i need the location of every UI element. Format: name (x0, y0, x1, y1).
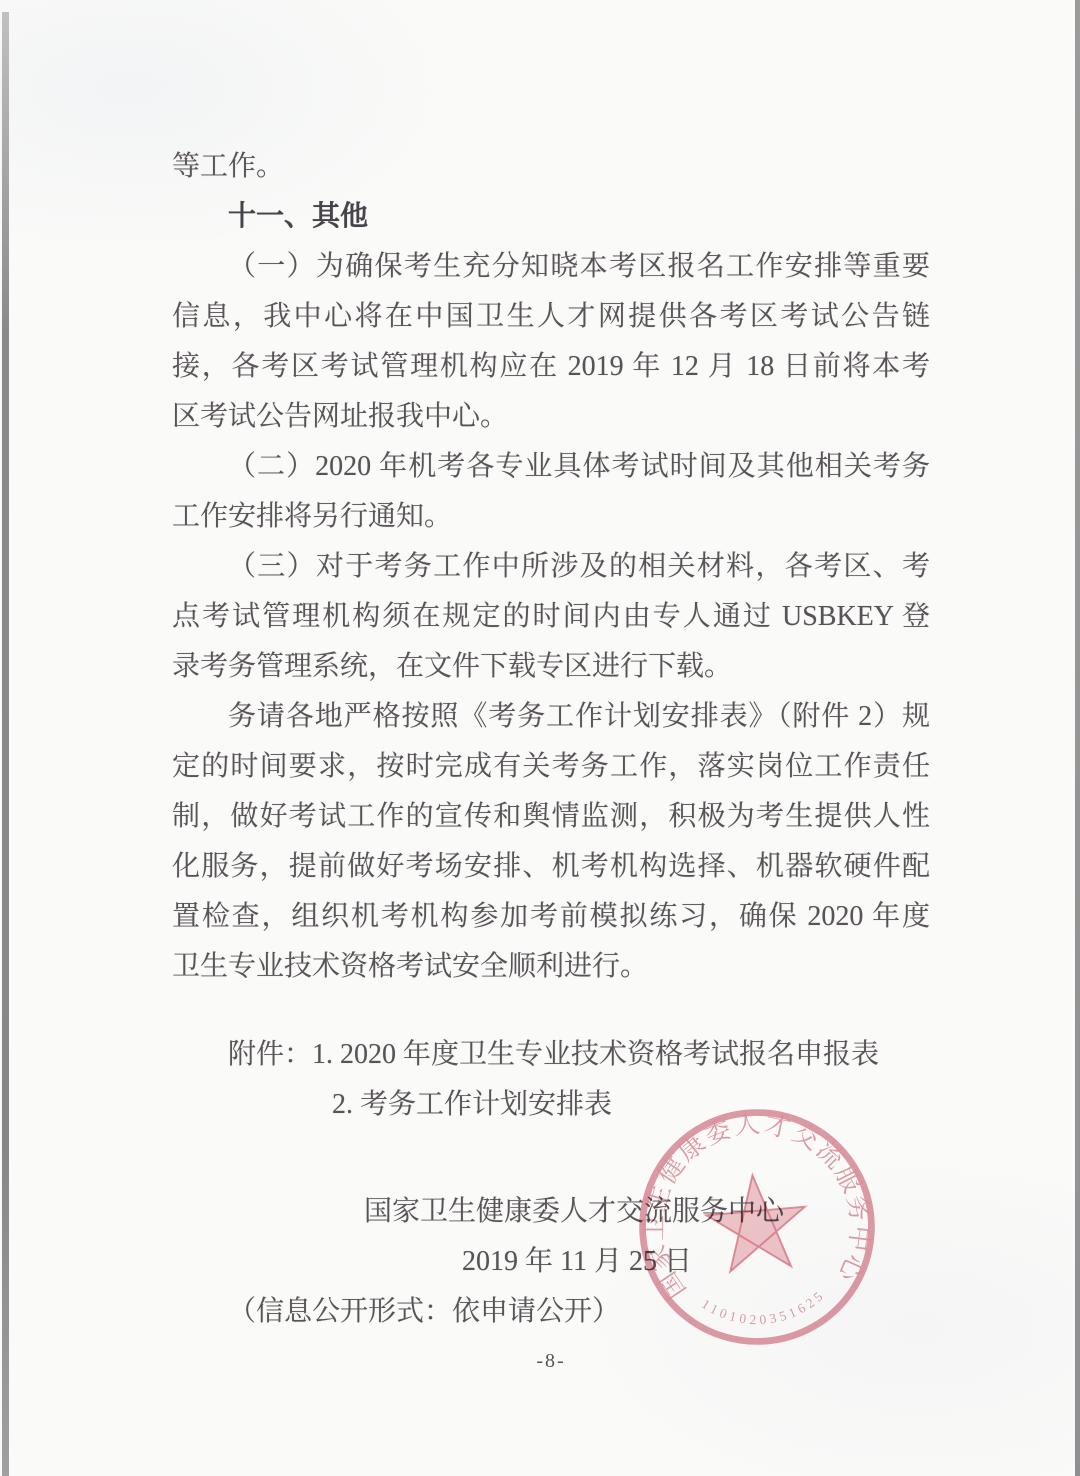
page-left-edge-shadow (2, 12, 9, 1476)
doc-line: 等工作。 (172, 142, 930, 192)
official-seal: 国家卫生健康委人才交流服务中心 1101020351625 (622, 1092, 893, 1363)
doc-line: （一）为确保考生充分知晓本考区报名工作安排等重要 (172, 242, 930, 292)
page-right-edge-shadow (1075, 0, 1080, 1476)
doc-line: 化服务，提前做好考场安排、机考机构选择、机器软硬件配 (172, 842, 930, 892)
doc-line: 录考务管理系统，在文件下载专区进行下载。 (172, 642, 930, 692)
doc-line: 点考试管理机构须在规定的时间内由专人通过 USBKEY 登 (172, 592, 930, 642)
doc-line: 制，做好考试工作的宣传和舆情监测，积极为考生提供人性 (172, 792, 930, 842)
doc-line: 卫生专业技术资格考试安全顺利进行。 (172, 942, 930, 992)
section-heading: 十一、其他 (172, 192, 930, 242)
doc-line: 置检查，组织机考机构参加考前模拟练习，确保 2020 年度 (172, 892, 930, 942)
doc-line: 接，各考区考试管理机构应在 2019 年 12 月 18 日前将本考 (172, 342, 930, 392)
doc-line: （三）对于考务工作中所涉及的相关材料，各考区、考 (172, 542, 930, 592)
star-icon (703, 1171, 810, 1273)
scanned-document-page: 等工作。 十一、其他 （一）为确保考生充分知晓本考区报名工作安排等重要 信息，我… (0, 0, 1080, 1476)
doc-line: 务请各地严格按照《考务工作计划安排表》（附件 2）规 (172, 692, 930, 742)
attachment-line-1: 附件：1. 2020 年度卫生专业技术资格考试报名申报表 (172, 1030, 930, 1080)
page-number: -8- (172, 1347, 930, 1375)
doc-line: （二）2020 年机考各专业具体考试时间及其他相关考务 (172, 442, 930, 492)
doc-line: 定的时间要求，按时完成有关考务工作，落实岗位工作责任 (172, 742, 930, 792)
doc-line: 区考试公告网址报我中心。 (172, 392, 930, 442)
doc-line: 信息，我中心将在中国卫生人才网提供各考区考试公告链 (172, 292, 930, 342)
doc-line: 工作安排将另行通知。 (172, 492, 930, 542)
